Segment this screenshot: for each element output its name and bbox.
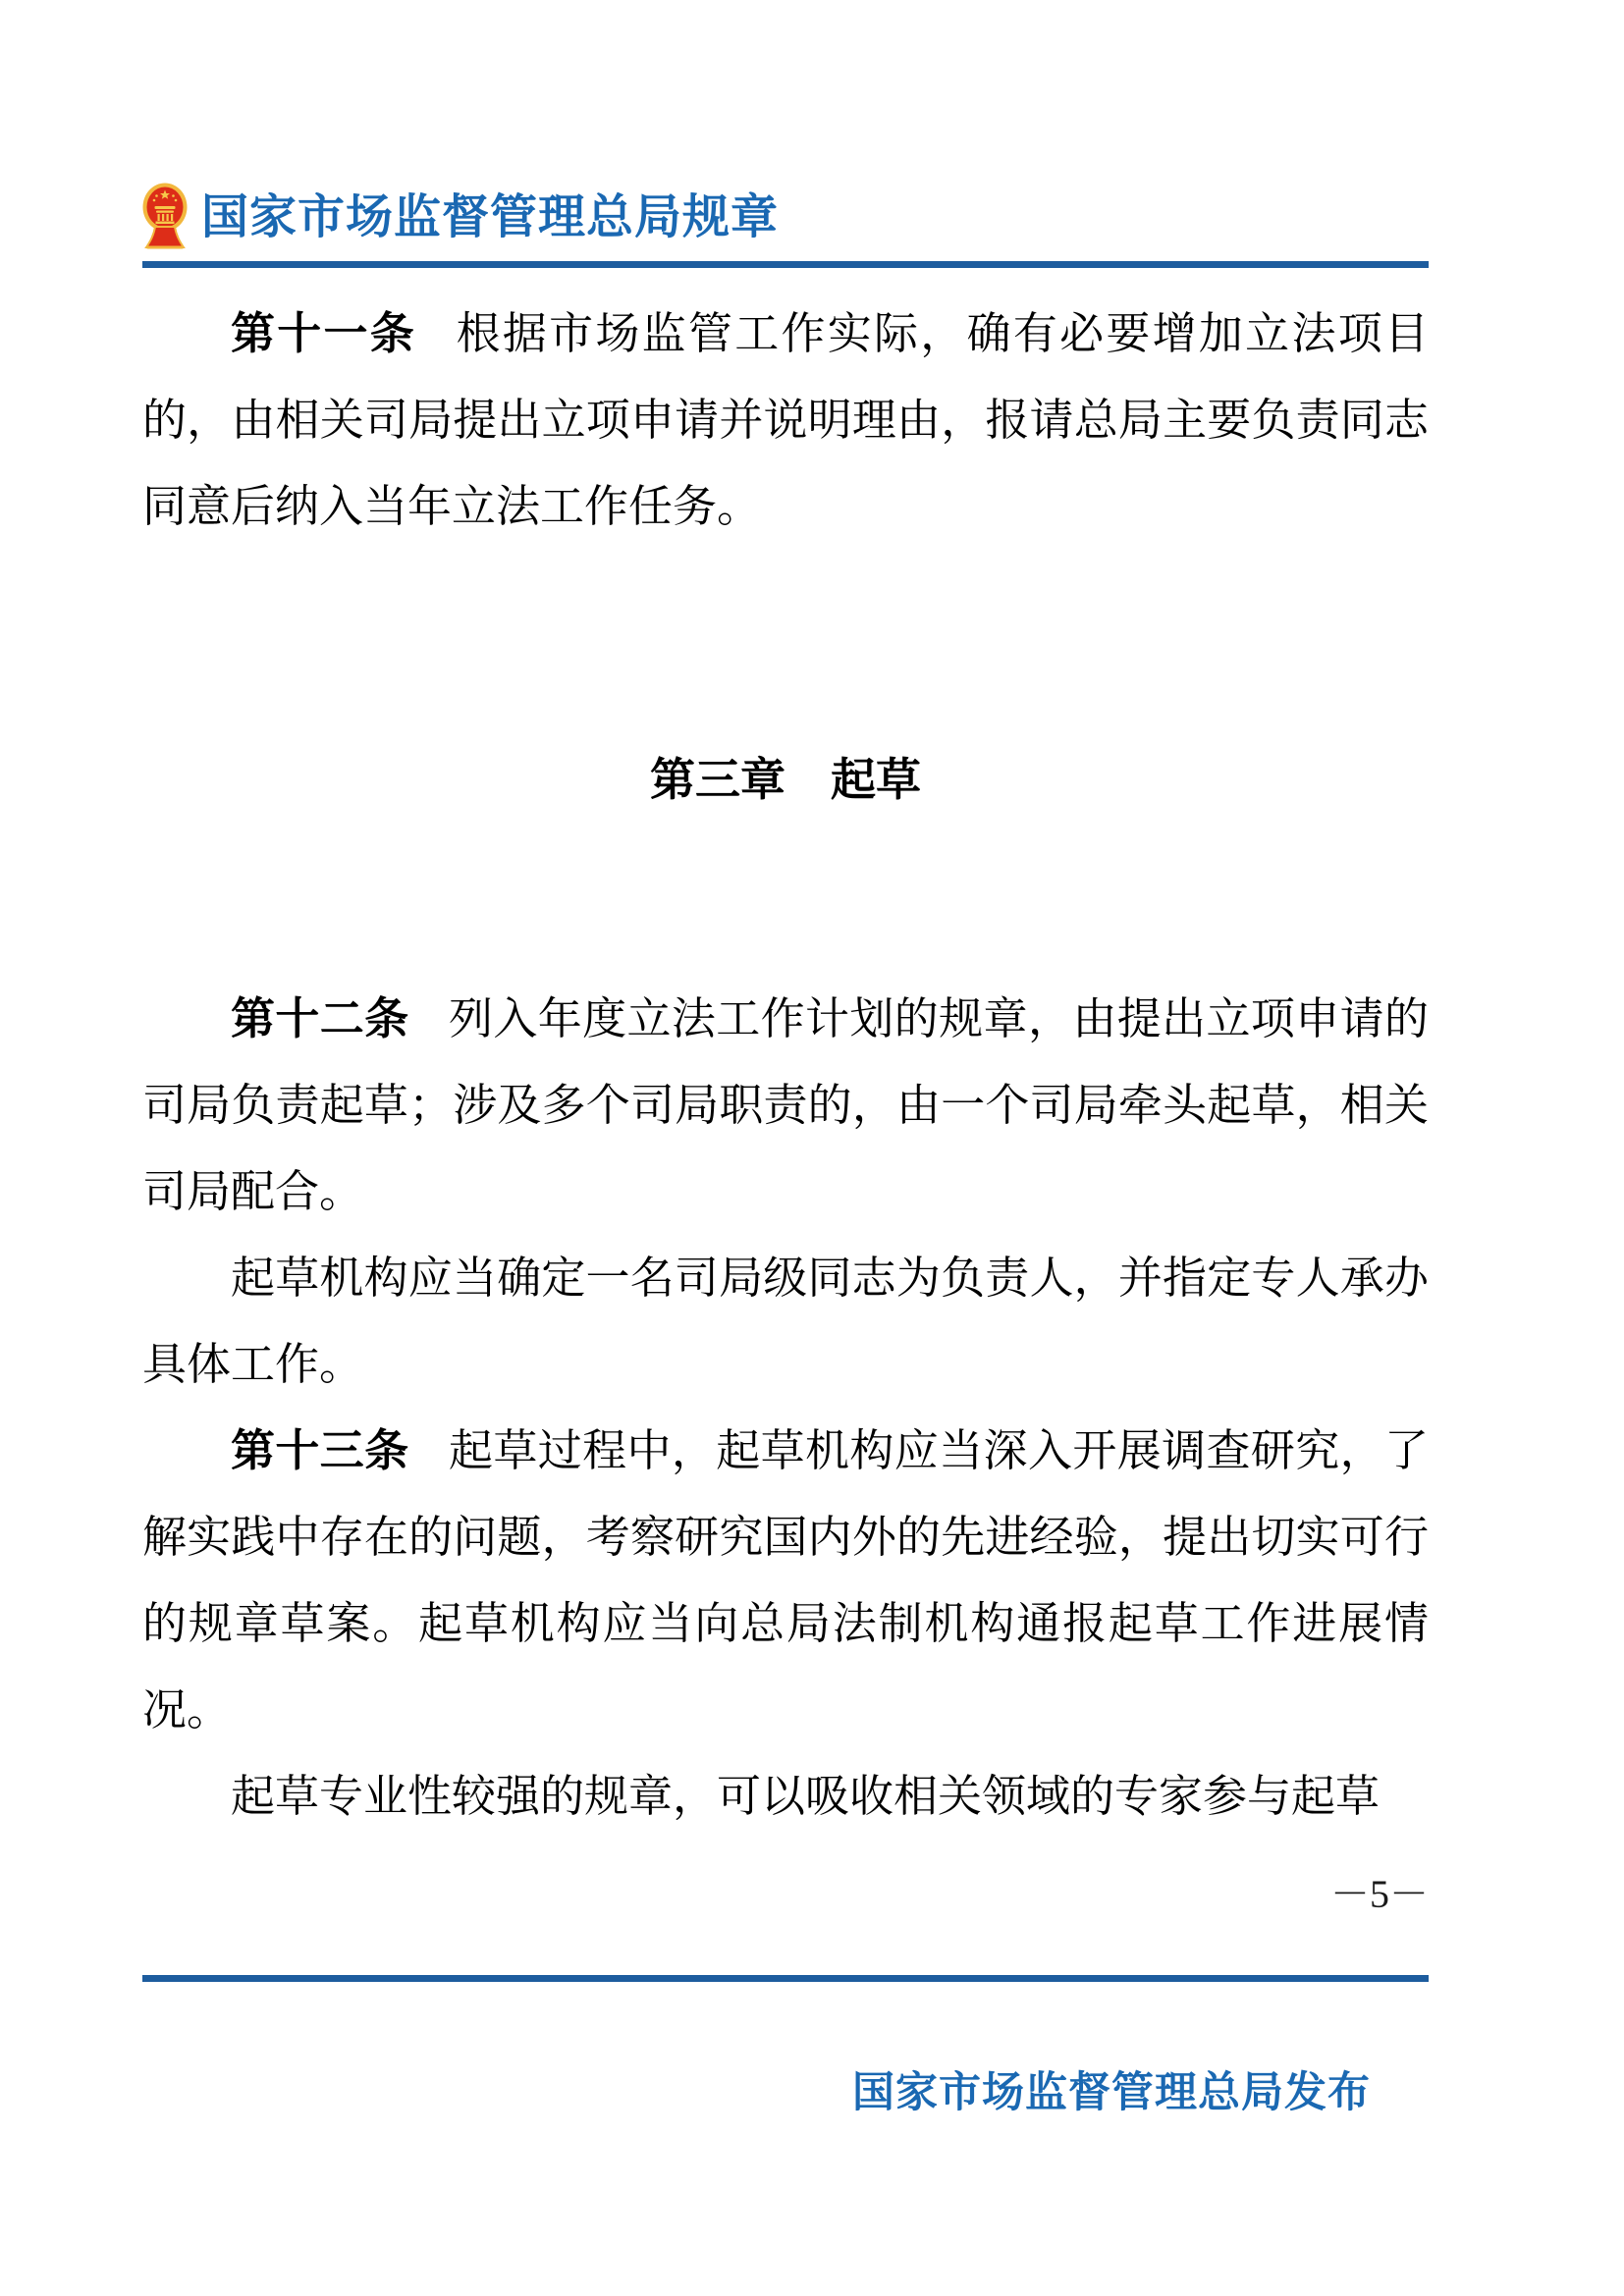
- article-13-number: 第十三条: [231, 1425, 409, 1475]
- header-divider: [142, 261, 1429, 268]
- page-number: －5－: [1330, 1863, 1429, 1919]
- article-11-number: 第十一条: [231, 308, 416, 358]
- article-12-number: 第十二条: [231, 993, 409, 1043]
- page-header: 国家市场监督管理总局规章: [142, 183, 1429, 253]
- footer-divider: [142, 1975, 1429, 1982]
- paragraph-article-13: 第十三条起草过程中，起草机构应当深入开展调查研究，了解实践中存在的问题，考察研究…: [142, 1408, 1429, 1753]
- document-body: 第十一条根据市场监管工作实际，确有必要增加立法项目的，由相关司局提出立项申请并说…: [142, 291, 1429, 1840]
- article-13-para2-text: 起草专业性较强的规章，可以吸收相关领域的专家参与起草: [231, 1772, 1380, 1821]
- paragraph-article-12: 第十二条列入年度立法工作计划的规章，由提出立项申请的司局负责起草；涉及多个司局职…: [142, 976, 1429, 1235]
- chapter-heading: 第三章 起草: [142, 736, 1429, 823]
- page-title: 国家市场监督管理总局规章: [201, 189, 779, 246]
- article-12-para2-text: 起草机构应当确定一名司局级同志为负责人，并指定专人承办具体工作。: [142, 1254, 1429, 1389]
- paragraph-article-13-continued: 起草专业性较强的规章，可以吸收相关领域的专家参与起草: [142, 1753, 1429, 1840]
- publisher-label: 国家市场监督管理总局发布: [852, 2059, 1371, 2119]
- national-emblem-icon: [142, 183, 188, 253]
- paragraph-article-11: 第十一条根据市场监管工作实际，确有必要增加立法项目的，由相关司局提出立项申请并说…: [142, 291, 1429, 550]
- document-page: 国家市场监督管理总局规章 第十一条根据市场监管工作实际，确有必要增加立法项目的，…: [0, 0, 1624, 2296]
- paragraph-article-12-continued: 起草机构应当确定一名司局级同志为负责人，并指定专人承办具体工作。: [142, 1235, 1429, 1408]
